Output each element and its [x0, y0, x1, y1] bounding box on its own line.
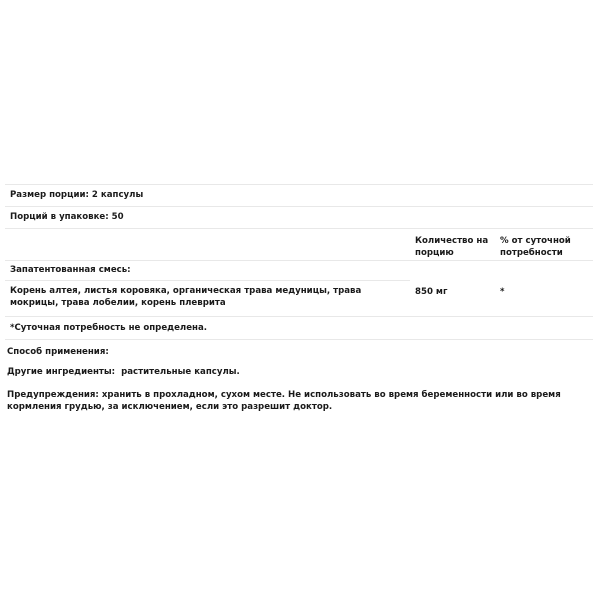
other-ingredients-label: Другие ингредиенты: [7, 367, 115, 377]
serving-size: Размер порции: 2 капсулы [5, 185, 593, 207]
blend-ingredients: Корень алтея, листья коровяка, органичес… [5, 281, 410, 317]
blend-name: Запатентованная смесь: [5, 261, 410, 281]
column-header-blank [5, 229, 410, 261]
column-header-row: Количество на порцию % от суточной потре… [5, 229, 593, 261]
blend-daily-value: * [495, 261, 593, 317]
blend-name-row: Запатентованная смесь: 850 мг * [5, 261, 593, 281]
column-header-amount: Количество на порцию [410, 229, 495, 261]
serving-size-row: Размер порции: 2 капсулы [5, 185, 593, 207]
warnings-label: Предупреждения: [7, 390, 99, 400]
servings-per-container-row: Порций в упаковке: 50 [5, 207, 593, 229]
servings-per-container: Порций в упаковке: 50 [5, 207, 593, 229]
directions-section: Способ применения: [7, 346, 109, 358]
supplement-facts-table: Размер порции: 2 капсулы Порций в упаков… [5, 184, 593, 340]
other-ingredients-section: Другие ингредиенты: растительные капсулы… [7, 366, 240, 378]
column-header-daily-value: % от суточной потребности [495, 229, 593, 261]
blend-amount: 850 мг [410, 261, 495, 317]
footnote-row: *Суточная потребность не определена. [5, 317, 593, 340]
directions-label: Способ применения: [7, 347, 109, 357]
daily-value-footnote: *Суточная потребность не определена. [5, 317, 593, 340]
other-ingredients-value: растительные капсулы. [121, 367, 240, 377]
warnings-section: Предупреждения: хранить в прохладном, су… [7, 389, 593, 413]
